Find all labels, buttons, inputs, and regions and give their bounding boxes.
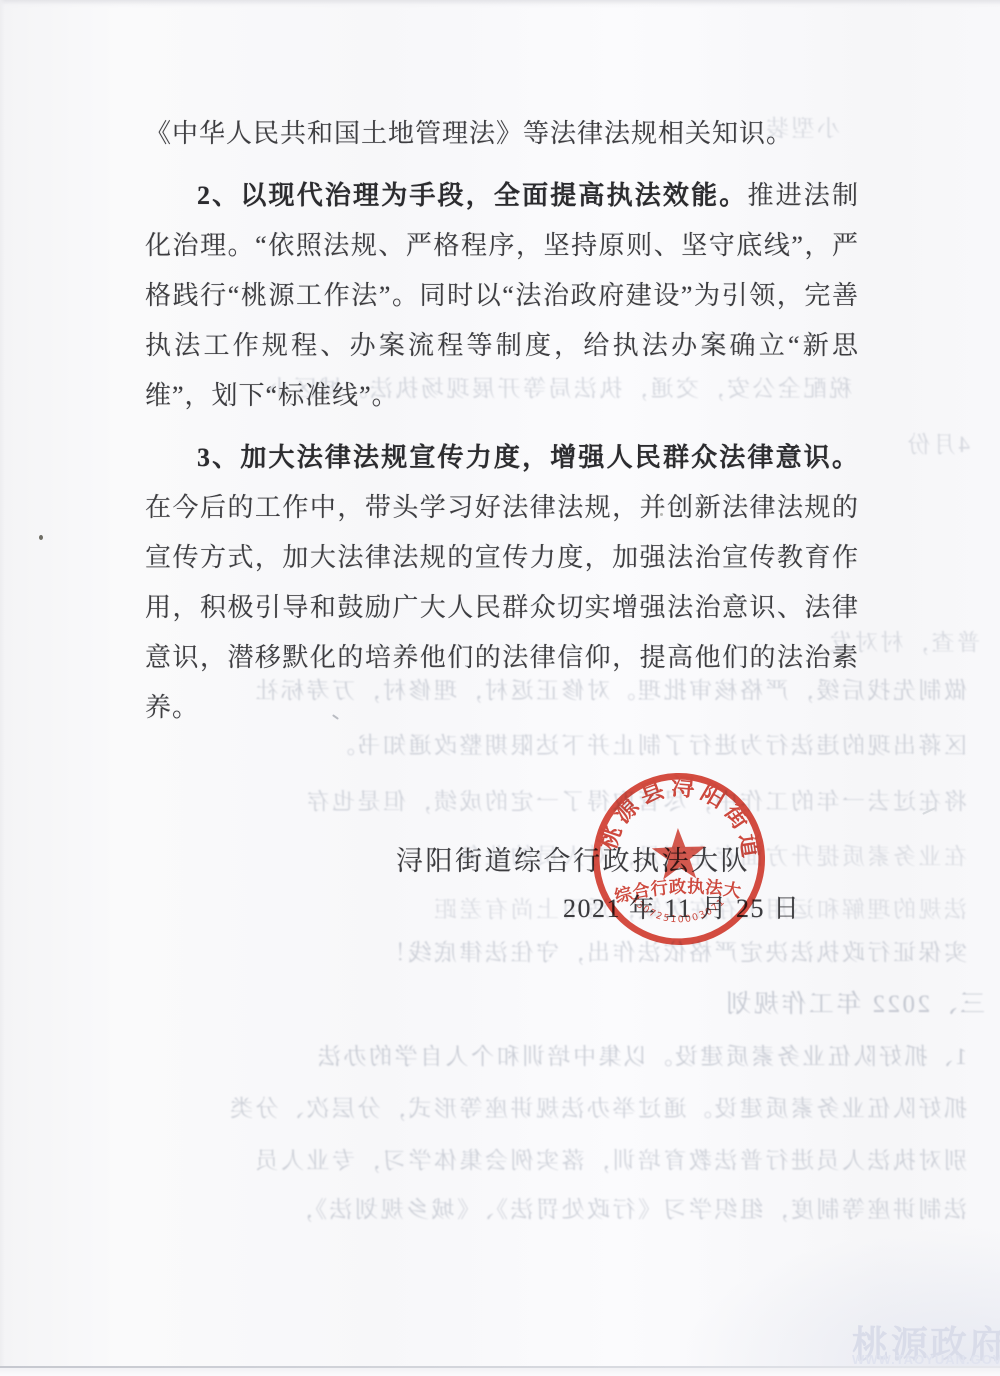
paragraph-3-heading: 3、加大法律法规宣传力度，增强人民群众法律意识。 <box>197 443 859 472</box>
dust-speck <box>39 535 43 540</box>
scanned-document-page: 小型装税配全公安，交通，执法局等开展现场执法。城区小4月份普查，村对发做制先找后… <box>0 0 1000 1376</box>
paragraph-2-heading: 2、以现代治理为手段，全面提高执法效能。 <box>197 181 747 210</box>
seal-star-icon <box>651 827 706 880</box>
bleed-through-text-line: 4月份 <box>840 430 970 460</box>
bleed-through-text-line: 法制讲座等制度，组织学习《行政处罚法》、《城乡规划法》， <box>105 1195 967 1225</box>
continuation-line: 《中华人民共和国土地管理法》等法律法规相关知识。 <box>145 109 859 159</box>
bleed-through-text-line: 抓好队伍业务素质建设。通过举办法规讲座等形式，分层次、分类 <box>105 1094 967 1124</box>
dust-speck <box>660 513 663 516</box>
official-seal-stamp: 桃源县浔阳街道 综合行政执法大队 43072510003071 <box>582 762 776 956</box>
bleed-through-text-line: 别对执法人员进行普法教育培训，落实例会集体学习，专业人员 <box>105 1146 967 1176</box>
paragraph-3-body: 在今后的工作中，带头学习好法律法规，并创新法律法规的宣传方式，加大法律法规的宣传… <box>145 493 859 722</box>
paragraph-2: 2、以现代治理为手段，全面提高执法效能。推进法制化治理。“依照法规、严格程序，坚… <box>145 171 859 421</box>
bleed-through-text-line: 法规的理解和运用上存在欠缺，适用上尚有差距 <box>105 895 967 925</box>
bleed-through-text-line: 三、2022 年工作规划 <box>125 990 985 1020</box>
bleed-through-text-line: 将在过去一年的工作中，尽管取得了一定的成绩，但是也存 <box>105 787 1000 817</box>
bleed-through-text-line: 实保证行政执法决定严格依法作出，守住法律底线！ <box>105 938 1000 968</box>
paragraph-2-body: 推进法制化治理。“依照法规、严格程序，坚持原则、坚守底线”，严格践行“桃源工作法… <box>145 181 859 410</box>
paragraph-3: 3、加大法律法规宣传力度，增强人民群众法律意识。在今后的工作中，带头学习好法律法… <box>145 433 859 733</box>
site-watermark-url: WWW.TAOYUAN.GOV.CN <box>852 1352 1000 1367</box>
bleed-through-text-line: 1、抓好队伍业务素质建设。以集中培训和个人自学的办法 <box>105 1042 989 1072</box>
document-body-text: 《中华人民共和国土地管理法》等法律法规相关知识。 2、以现代治理为手段，全面提高… <box>145 109 859 733</box>
bleed-through-text-line: 区蒋出现的违法行为进行了制止并下达限期整改通知书。 <box>105 731 1000 761</box>
